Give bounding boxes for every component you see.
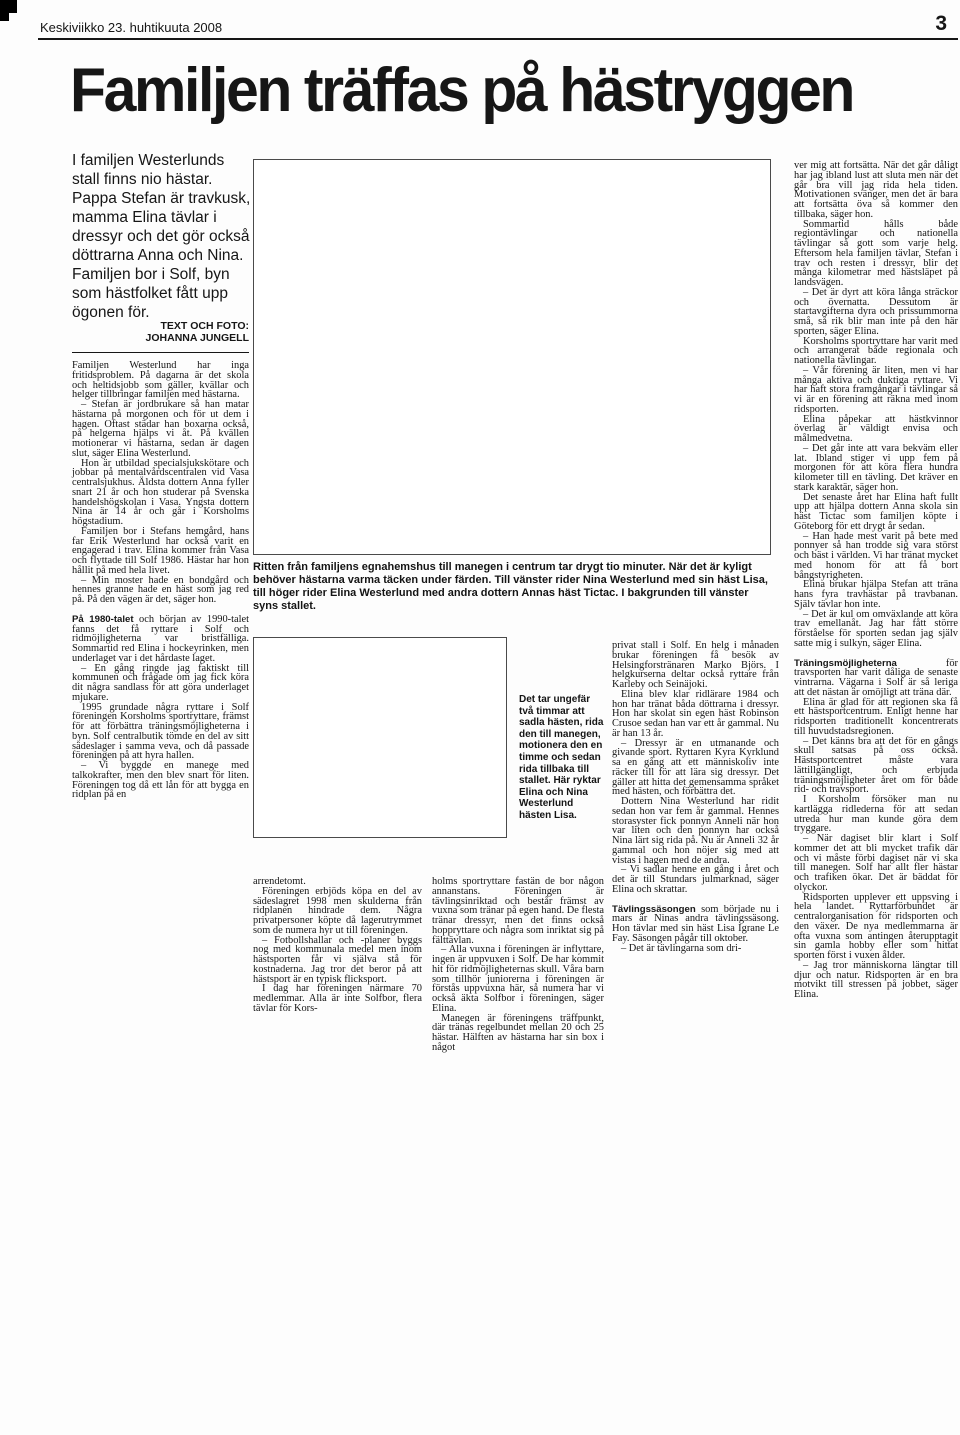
byline: TEXT OCH FOTO: JOHANNA JUNGELL	[72, 320, 249, 344]
print-registration-mark	[0, 0, 9, 21]
paragraph: – Min moster hade en bondgård och hennes…	[72, 576, 249, 605]
paragraph: ver mig att fortsätta. När det går dålig…	[794, 161, 958, 220]
byline-line1: TEXT OCH FOTO:	[72, 320, 249, 332]
byline-rule	[72, 352, 249, 353]
article-column-2: arrendetomt. Föreningen erbjöds köpa en …	[253, 877, 422, 1014]
paragraph: Tävlingssäsongen som började nu i mars ä…	[612, 905, 779, 944]
paragraph: – Det är kul om omväxlande att köra trav…	[794, 610, 958, 649]
page-date: Keskiviikko 23. huhtikuuta 2008	[40, 20, 222, 35]
paragraph: – Vi byggde en manege med talkokrafter, …	[72, 761, 249, 800]
article-headline: Familjen träffas på hästryggen	[70, 58, 853, 123]
paragraph: – Vår förening är liten, men vi har mång…	[794, 366, 958, 415]
paragraph: – Jag tror människorna längtar till djur…	[794, 961, 958, 1000]
paragraph: Manegen är föreningens träffpunkt, där t…	[432, 1014, 604, 1053]
paragraph: – Dressyr är en utmanande och givande sp…	[612, 739, 779, 798]
lead-paragraph: I familjen Westerlunds stall finns nio h…	[72, 151, 252, 322]
paragraph: 1995 grundade några ryttare i Solf fören…	[72, 703, 249, 762]
paragraph: Elina blev klar ridlärare 1984 och hon h…	[612, 690, 779, 739]
paragraph: – Det går inte att vara bekväm eller lat…	[794, 444, 958, 493]
photo-1-caption: Ritten från familjens egnahemshus till m…	[253, 561, 776, 613]
paragraph: Familjen Westerlund har inga fritidsprob…	[72, 361, 249, 400]
paragraph: Elina är glad för att regionen ska få et…	[794, 698, 958, 737]
paragraph: – Det är tävlingarna som dri-	[612, 944, 779, 954]
article-column-1: Familjen Westerlund har inga fritidsprob…	[72, 361, 249, 800]
paragraph: Dottern Nina Westerlund har ridit sedan …	[612, 797, 779, 865]
paragraph: – När dagiset blir klart i Solf kommer d…	[794, 834, 958, 893]
page-number: 3	[935, 12, 947, 36]
paragraph: – Stefan är jordbrukare så han matar häs…	[72, 400, 249, 459]
paragraph: Träningsmöjligheterna för travsporten ha…	[794, 659, 958, 698]
paragraph: – Fotbollshallar och -planer byggs nog m…	[253, 936, 422, 985]
photo-2-placeholder	[253, 637, 507, 838]
article-column-3: holms sportryttare fastän de bor någon a…	[432, 877, 604, 1053]
paragraph: – Det är dyrt att köra långa sträckor oc…	[794, 288, 958, 337]
header-rule	[38, 38, 958, 40]
paragraph: I dag har föreningen närmare 70 medlemma…	[253, 984, 422, 1013]
paragraph: Elina påpekar att hästkvinnor överlag är…	[794, 415, 958, 444]
article-column-4: privat stall i Solf. En helg i månaden b…	[612, 641, 779, 953]
paragraph: Korsholms sportryttare har varit med och…	[794, 337, 958, 366]
paragraph: Familjen bor i Stefans hemgård, hans far…	[72, 527, 249, 576]
paragraph: Föreningen erbjöds köpa en del av sädesl…	[253, 887, 422, 936]
newspaper-page: Keskiviikko 23. huhtikuuta 2008 3 Familj…	[0, 0, 960, 1435]
paragraph: Det senaste året har Elina haft fullt up…	[794, 493, 958, 532]
photo-2-caption: Det tar ungefär två timmar att sadla häs…	[519, 694, 606, 822]
paragraph: Elina brukar hjälpa Stefan att träna han…	[794, 580, 958, 609]
paragraph: – Det känns bra att det för en gångs sku…	[794, 737, 958, 796]
paragraph: holms sportryttare fastän de bor någon a…	[432, 877, 604, 945]
paragraph: Sommartid hålls både regiontävlingar och…	[794, 220, 958, 288]
paragraph: – Vi sadlar henne en gång i året och det…	[612, 865, 779, 894]
paragraph: I Korsholm försöker man nu kartlägga rid…	[794, 795, 958, 834]
paragraph: – Han hade mest varit på bete med ponnye…	[794, 532, 958, 581]
paragraph: privat stall i Solf. En helg i månaden b…	[612, 641, 779, 690]
paragraph: – En gång ringde jag faktiskt till kommu…	[72, 664, 249, 703]
article-column-5: ver mig att fortsätta. När det går dålig…	[794, 161, 958, 1000]
photo-1-placeholder	[253, 159, 771, 555]
paragraph: På 1980-talet och början av 1990-talet f…	[72, 615, 249, 664]
byline-line2: JOHANNA JUNGELL	[72, 332, 249, 344]
paragraph: Ridsporten upplever ett uppsving i hela …	[794, 893, 958, 961]
paragraph: – Alla vuxna i föreningen är inflyttare,…	[432, 945, 604, 1013]
paragraph: Hon är utbildad specialsjukskötare och j…	[72, 459, 249, 527]
